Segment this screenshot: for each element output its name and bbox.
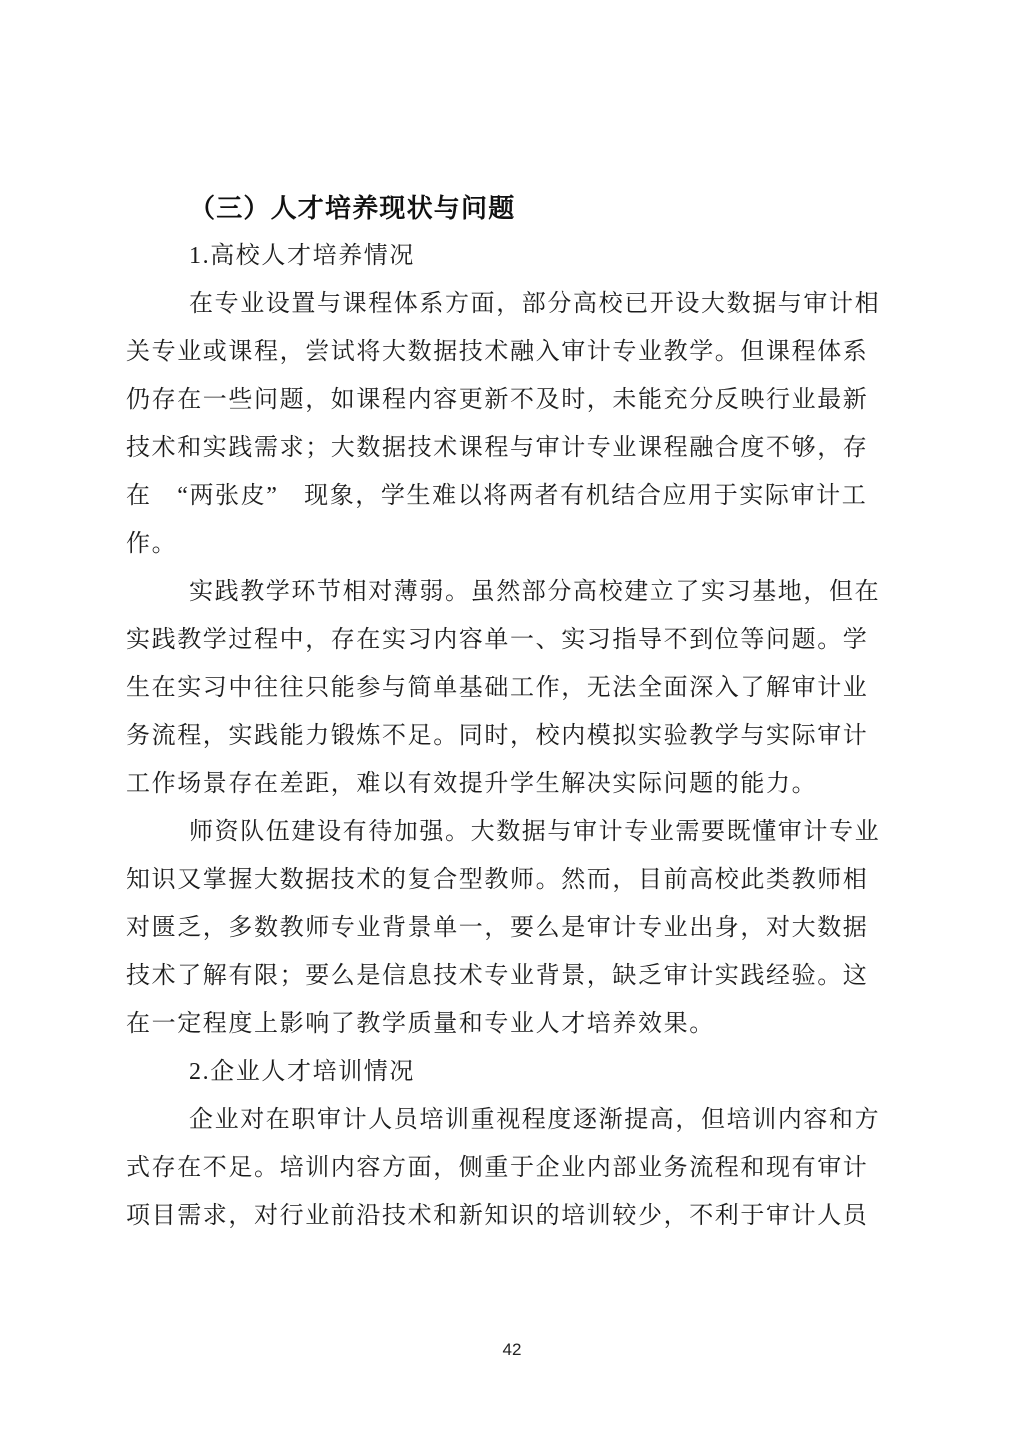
paragraph-line: 实践教学环节相对薄弱。虽然部分高校建立了实习基地，但在 [126, 568, 901, 616]
paragraph-line: 实践教学过程中，存在实习内容单一、实习指导不到位等问题。学 [126, 616, 901, 664]
paragraph-line: 在一定程度上影响了教学质量和专业人才培养效果。 [126, 1000, 901, 1048]
paragraph-line: 对匮乏，多数教师专业背景单一，要么是审计专业出身，对大数据 [126, 904, 901, 952]
subheading-universities: 1.高校人才培养情况 [126, 232, 901, 280]
document-page: （三）人才培养现状与问题 1.高校人才培养情况 在专业设置与课程体系方面，部分高… [0, 0, 1024, 1448]
document-content: （三）人才培养现状与问题 1.高校人才培养情况 在专业设置与课程体系方面，部分高… [126, 184, 901, 1240]
paragraph-line: 在专业设置与课程体系方面，部分高校已开设大数据与审计相 [126, 280, 901, 328]
paragraph-line: 生在实习中往往只能参与简单基础工作，无法全面深入了解审计业 [126, 664, 901, 712]
paragraph-line: 式存在不足。培训内容方面，侧重于企业内部业务流程和现有审计 [126, 1144, 901, 1192]
paragraph-line: 在 “两张皮” 现象，学生难以将两者有机结合应用于实际审计工 [126, 472, 901, 520]
page-number: 42 [0, 1338, 1024, 1362]
paragraph-line: 项目需求，对行业前沿技术和新知识的培训较少，不利于审计人员 [126, 1192, 901, 1240]
paragraph-line: 仍存在一些问题，如课程内容更新不及时，未能充分反映行业最新 [126, 376, 901, 424]
paragraph-line: 知识又掌握大数据技术的复合型教师。然而，目前高校此类教师相 [126, 856, 901, 904]
paragraph-line: 作。 [126, 520, 901, 568]
paragraph-line: 技术了解有限；要么是信息技术专业背景，缺乏审计实践经验。这 [126, 952, 901, 1000]
paragraph-line: 关专业或课程，尝试将大数据技术融入审计专业教学。但课程体系 [126, 328, 901, 376]
paragraph-line: 工作场景存在差距，难以有效提升学生解决实际问题的能力。 [126, 760, 901, 808]
paragraph-line: 务流程，实践能力锻炼不足。同时，校内模拟实验教学与实际审计 [126, 712, 901, 760]
paragraph-line: 师资队伍建设有待加强。大数据与审计专业需要既懂审计专业 [126, 808, 901, 856]
subheading-enterprises: 2.企业人才培训情况 [126, 1048, 901, 1096]
paragraph-line: 技术和实践需求；大数据技术课程与审计专业课程融合度不够，存 [126, 424, 901, 472]
paragraph-line: 企业对在职审计人员培训重视程度逐渐提高，但培训内容和方 [126, 1096, 901, 1144]
section-heading: （三）人才培养现状与问题 [126, 184, 901, 232]
